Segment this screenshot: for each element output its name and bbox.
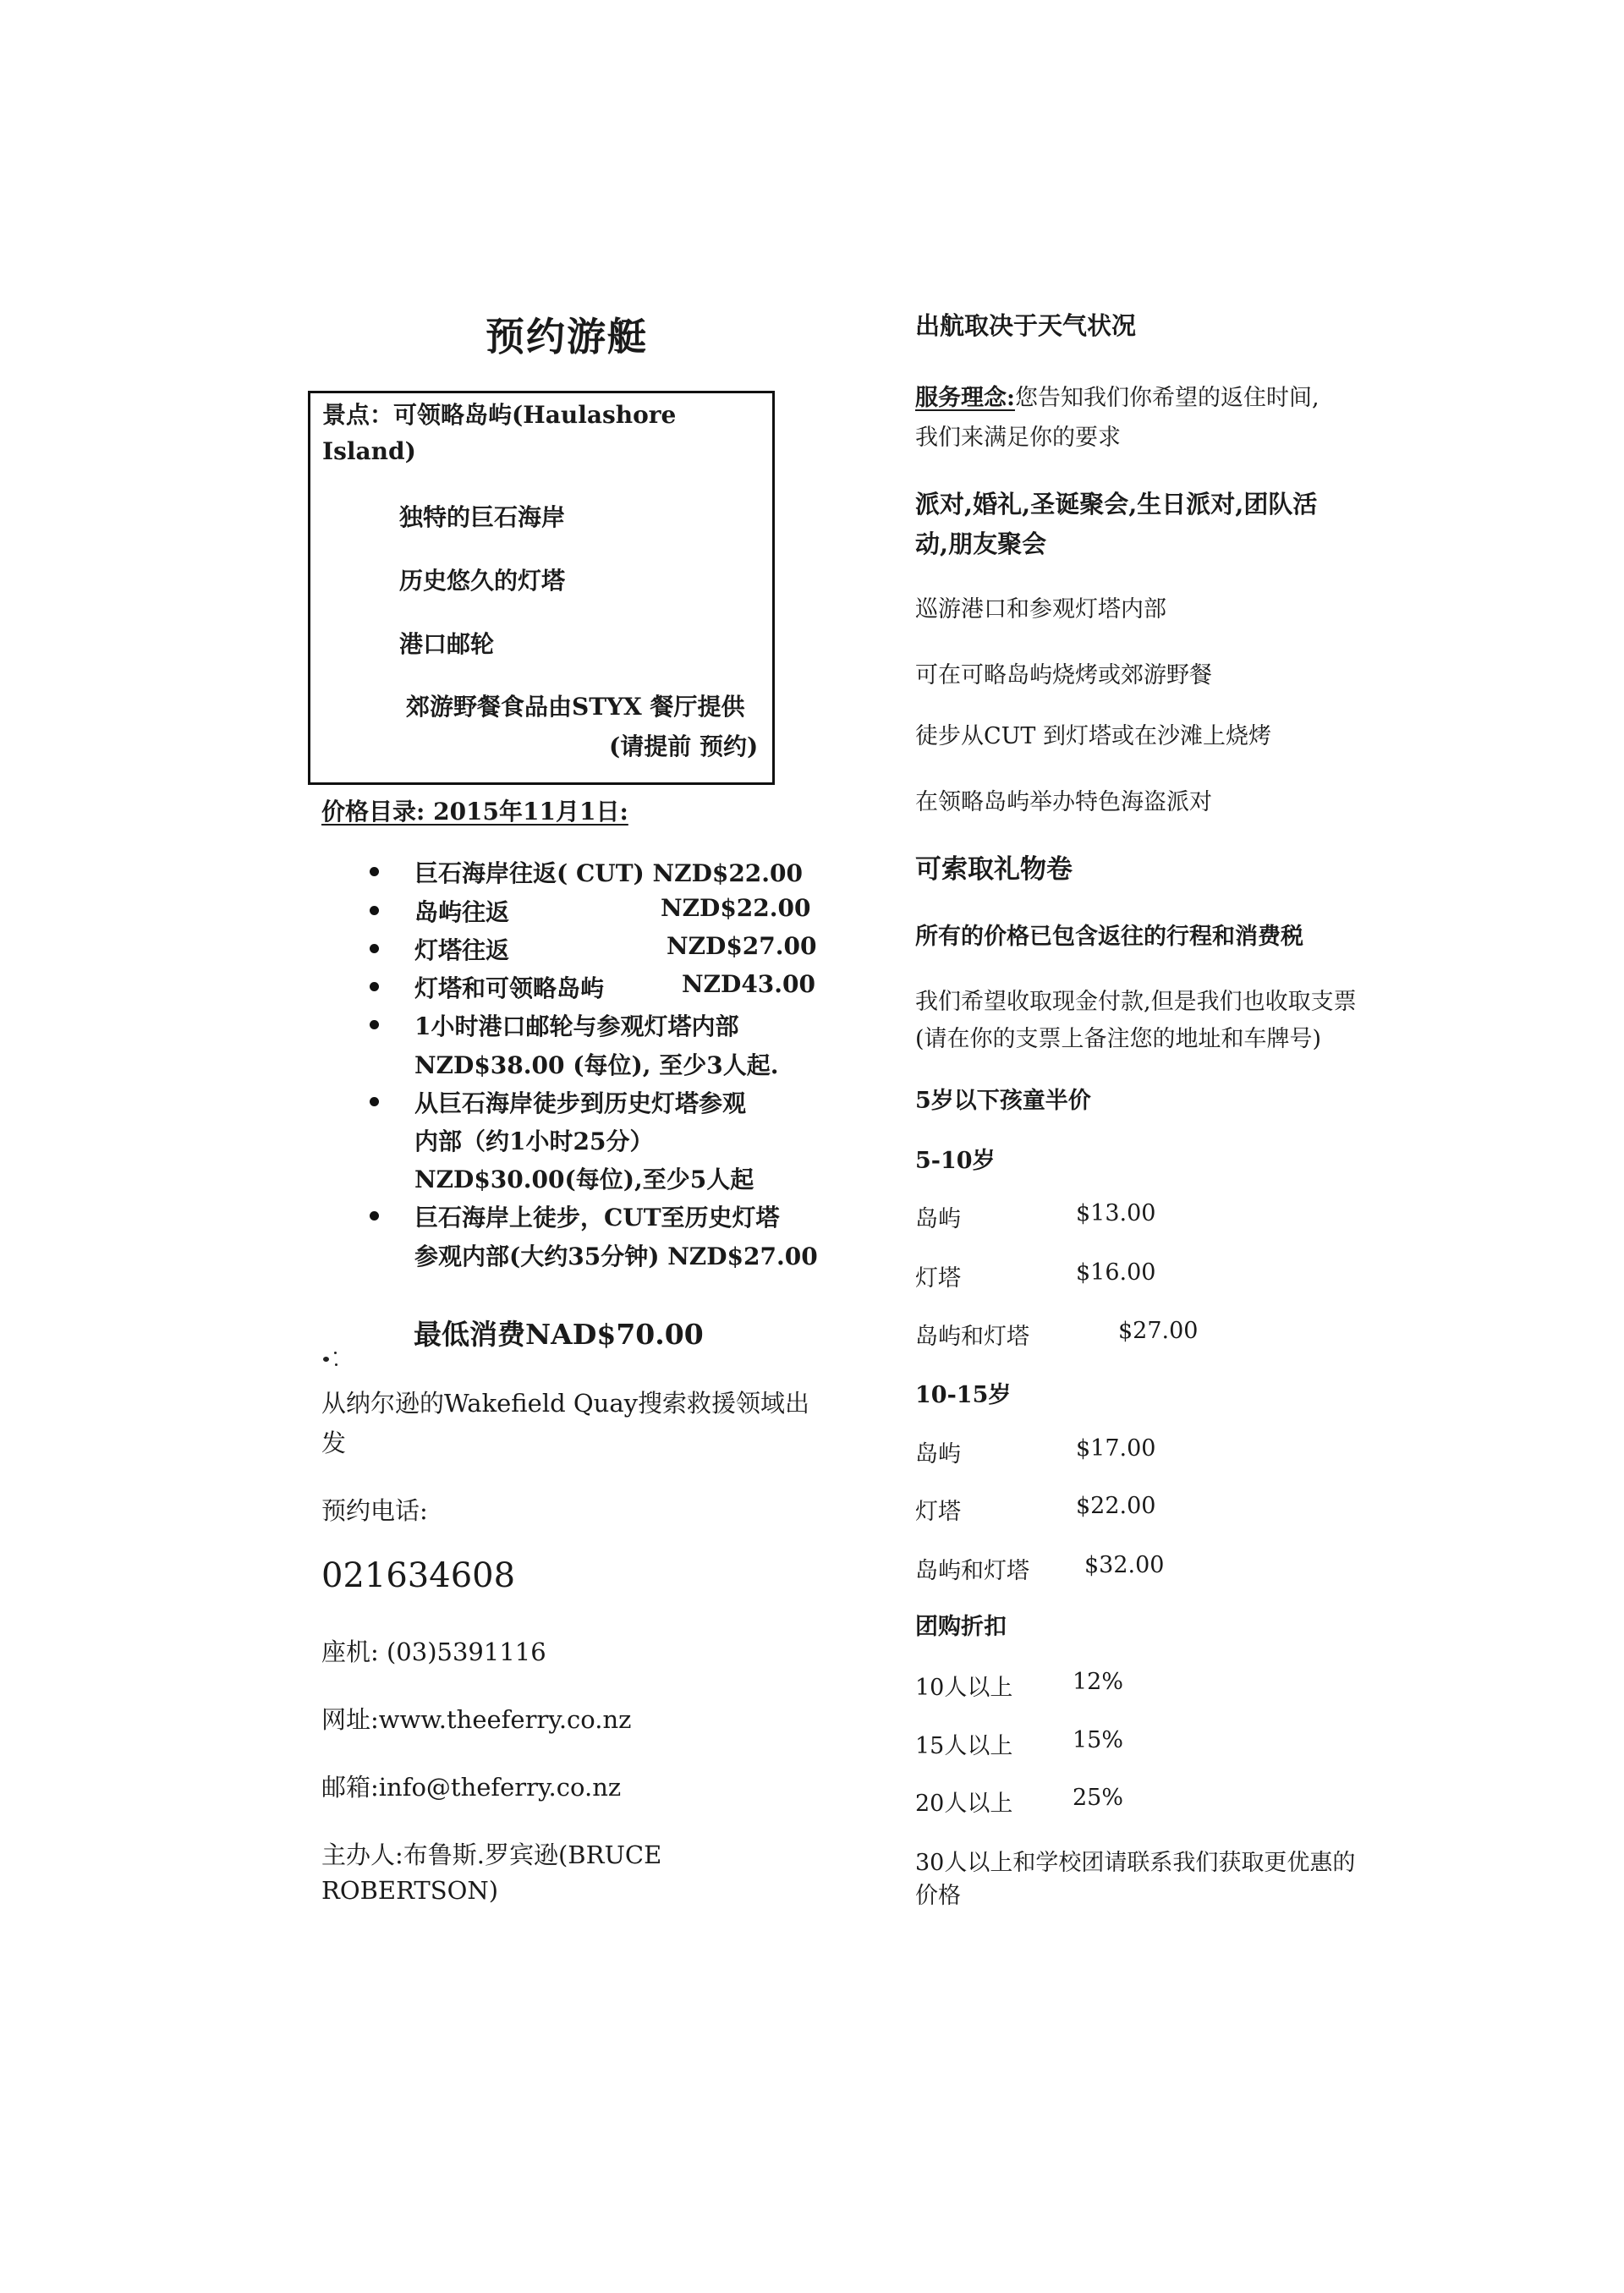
service-text-cont: 我们来满足你的要求 — [915, 419, 1121, 452]
gift-voucher-heading: 可索取礼物卷 — [915, 848, 1073, 886]
age-10-15-label: 灯塔 — [915, 1493, 961, 1526]
payment-note-cont: (请在你的支票上备注您的地址和车牌号) — [915, 1020, 1321, 1053]
age-10-15-price: $32.00 — [1084, 1552, 1164, 1578]
age-5-10-price: $16.00 — [1076, 1259, 1155, 1286]
scan-speck — [335, 1363, 337, 1366]
attraction-item: 独特的巨石海岸 — [399, 499, 565, 533]
page-title: 预约游艇 — [486, 306, 648, 362]
booking-phone-label: 预约电话: — [321, 1492, 428, 1527]
departure-note: 从纳尔逊的Wakefield Quay搜索救援领域出 — [321, 1385, 809, 1419]
age-10-15-price: $22.00 — [1076, 1493, 1155, 1519]
price-item: 巨石海岸上徒步，CUT至历史灯塔 — [414, 1199, 780, 1233]
bullet-icon — [370, 944, 379, 953]
service-label: 服务理念: — [915, 385, 1015, 411]
group-discount-value: 12% — [1073, 1669, 1123, 1695]
bullet-icon — [370, 867, 379, 876]
bullet-icon — [370, 906, 379, 915]
attraction-item: 港口邮轮 — [399, 626, 494, 660]
group-discount-label: 20人以上 — [915, 1785, 1012, 1818]
age-10-15-price: $17.00 — [1076, 1435, 1155, 1462]
picnic-note-cont: (请提前 预约) — [609, 728, 758, 762]
scan-speck — [323, 1357, 329, 1362]
organizer-cont: ROBERTSON) — [321, 1876, 498, 1905]
group-discount-value: 25% — [1073, 1785, 1123, 1811]
minimum-spend: 最低消费NAD$70.00 — [414, 1313, 704, 1352]
group-discount-heading: 团购折扣 — [915, 1608, 1007, 1641]
large-group-note: 30人以上和学校团请联系我们获取更优惠的 — [915, 1844, 1355, 1877]
price-item-label: 灯塔和可领略岛屿 — [414, 970, 604, 1004]
attractions-heading-cont: Island) — [322, 437, 416, 465]
price-item: 从巨石海岸徒步到历史灯塔参观 — [414, 1085, 746, 1119]
age-10-15-heading: 10-15岁 — [915, 1376, 1011, 1409]
age-5-10-heading: 5-10岁 — [915, 1142, 996, 1175]
service-text: 您告知我们你希望的返住时间, — [1015, 385, 1319, 411]
age-10-15-label: 岛屿和灯塔 — [915, 1552, 1029, 1585]
price-item-label: 岛屿往返 — [414, 894, 509, 928]
group-discount-value: 15% — [1073, 1727, 1123, 1753]
age-5-10-price: $27.00 — [1118, 1318, 1198, 1344]
price-item-price: NZD$22.00 — [661, 894, 810, 922]
weather-note: 出航取决于天气状况 — [915, 307, 1136, 342]
attraction-item: 历史悠久的灯塔 — [399, 562, 565, 596]
website-link[interactable]: 网址:www.theeferry.co.nz — [321, 1701, 631, 1736]
organizer: 主办人:布鲁斯.罗宾逊(BRUCE — [321, 1836, 661, 1871]
service-philosophy: 服务理念:您告知我们你希望的返住时间, — [915, 379, 1319, 412]
departure-note-cont: 发 — [321, 1424, 346, 1459]
age-5-10-price: $13.00 — [1076, 1200, 1155, 1226]
bullet-icon — [370, 1020, 379, 1029]
activity-item: 在领略岛屿举办特色海盗派对 — [915, 783, 1212, 816]
picnic-note: 郊游野餐食品由STYX 餐厅提供 — [406, 688, 745, 722]
price-item: NZD$38.00 (每位), 至少3人起. — [414, 1047, 778, 1081]
price-item-price: NZD43.00 — [682, 970, 815, 998]
mobile-number[interactable]: 021634608 — [321, 1556, 515, 1595]
landline: 座机: (03)5391116 — [321, 1633, 546, 1668]
tax-note: 所有的价格已包含返往的行程和消费税 — [915, 918, 1303, 951]
activity-item: 巡游港口和参观灯塔内部 — [915, 590, 1166, 623]
payment-note: 我们希望收取现金付款,但是我们也收取支票 — [915, 983, 1357, 1016]
price-item: 参观内部(大约35分钟) NZD$27.00 — [414, 1238, 818, 1272]
large-group-note-cont: 价格 — [915, 1877, 961, 1910]
price-list-heading: 价格目录: 2015年11月1日: — [321, 793, 628, 827]
age-5-10-label: 岛屿 — [915, 1200, 961, 1233]
attractions-heading: 景点：可领略岛屿(Haulashore — [322, 397, 676, 431]
bullet-icon — [370, 1097, 379, 1106]
age-5-10-label: 岛屿和灯塔 — [915, 1318, 1029, 1351]
price-item: NZD$30.00(每位),至少5人起 — [414, 1161, 754, 1195]
scan-speck — [334, 1352, 337, 1354]
age-5-10-label: 灯塔 — [915, 1259, 961, 1292]
price-item: 1小时港口邮轮与参观灯塔内部 — [414, 1008, 738, 1042]
price-item-price: NZD$27.00 — [667, 932, 816, 960]
bullet-icon — [370, 982, 379, 991]
age-10-15-label: 岛屿 — [915, 1435, 961, 1468]
email-link[interactable]: 邮箱:info@theferry.co.nz — [321, 1769, 621, 1803]
events-list: 派对,婚礼,圣诞聚会,生日派对,团队活 — [915, 485, 1317, 520]
price-item: 内部（约1小时25分） — [414, 1123, 653, 1157]
group-discount-label: 15人以上 — [915, 1727, 1012, 1760]
activity-item: 可在可略岛屿烧烤或郊游野餐 — [915, 656, 1212, 689]
price-item: 巨石海岸往返( CUT) NZD$22.00 — [414, 855, 803, 889]
events-list-cont: 动,朋友聚会 — [915, 525, 1046, 560]
bullet-icon — [370, 1211, 379, 1221]
group-discount-label: 10人以上 — [915, 1669, 1012, 1702]
activity-item: 徒步从CUT 到灯塔或在沙滩上烧烤 — [915, 717, 1271, 750]
price-item-label: 灯塔往返 — [414, 932, 509, 966]
under-5-note: 5岁以下孩童半价 — [915, 1082, 1091, 1115]
